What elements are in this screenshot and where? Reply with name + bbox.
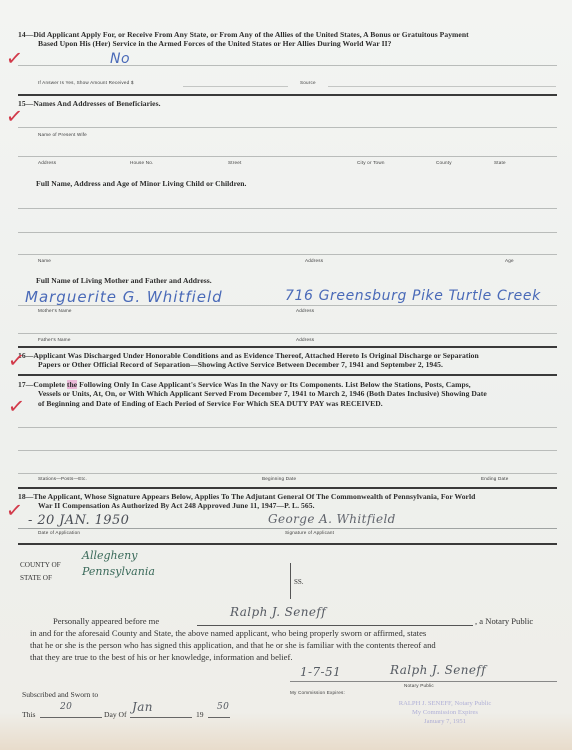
check-mark-icon: ✓ [7, 349, 26, 371]
mother-address-value: 716 Greensburg Pike Turtle Creek [285, 288, 541, 304]
section-divider [18, 346, 557, 348]
child-name-label: Name [38, 258, 51, 263]
question-14: 14—Did Applicant Apply For, or Receive F… [18, 30, 558, 49]
check-mark-icon: ✓ [7, 395, 26, 417]
notary-name-value: Ralph J. Seneff [230, 605, 326, 619]
year-value: 50 [217, 702, 229, 712]
stamp-line-2: My Commission Expires [370, 708, 520, 717]
application-date-value: - 20 JAN. 1950 [28, 513, 129, 528]
wife-line [18, 127, 557, 128]
day-of-label: Day Of [104, 709, 127, 720]
stamp-line-1: RALPH J. SENEFF, Notary Public [370, 699, 520, 708]
father-label: Father's Name [38, 337, 71, 342]
state-value: Pennsylvania [82, 565, 155, 578]
child-address-label: Address [305, 258, 323, 263]
q14-source-label: Source [300, 80, 316, 85]
this-label: This [22, 709, 36, 720]
address-label: Address [38, 160, 56, 165]
source-line [328, 86, 556, 87]
date-signature-line [18, 528, 557, 529]
mother-name-value: Marguerite G. Whitfield [25, 288, 223, 306]
question-18: 18—The Applicant, Whose Signature Appear… [18, 492, 558, 511]
beginning-date-label: Beginning Date [262, 476, 296, 481]
amount-line [183, 86, 288, 87]
check-mark-icon: ✓ [5, 105, 24, 127]
month-value: Jan [132, 700, 153, 714]
wife-label: Name of Present Wife [38, 132, 87, 137]
child-age-label: Age [505, 258, 514, 263]
q16-line1: 16—Applicant Was Discharged Under Honora… [18, 351, 479, 360]
county-value: Allegheny [82, 549, 137, 562]
county-label: County [436, 160, 452, 165]
q18-line1: 18—The Applicant, Whose Signature Appear… [18, 492, 475, 501]
oath-line-2: in and for the aforesaid County and Stat… [30, 628, 560, 639]
appeared-post: , a Notary Public [475, 616, 533, 627]
subscribed-label: Subscribed and Sworn to [22, 689, 98, 700]
q14-answer-line [18, 65, 557, 66]
child-line-3 [18, 254, 557, 255]
q17-line3: of Beginning and Date of Ending of Each … [18, 399, 558, 408]
father-address-label: Address [296, 337, 314, 342]
ss-bracket [290, 563, 291, 599]
state-label-notary: STATE OF [20, 573, 52, 584]
question-15: 15—Names And Addresses of Beneficiaries. [18, 99, 161, 108]
commission-label: My Commission Expires: [290, 690, 345, 695]
station-line-3 [18, 473, 557, 474]
signature-label: Signature of Applicant [285, 530, 334, 535]
section-divider [18, 543, 557, 545]
highlighted-text: the [67, 380, 77, 389]
date-label: Date of Application [38, 530, 80, 535]
document-page: 14—Did Applicant Apply For, or Receive F… [0, 0, 572, 750]
notary-stamp: RALPH J. SENEFF, Notary Public My Commis… [370, 699, 520, 726]
child-line-2 [18, 232, 557, 233]
q17-line2: Vessels or Units, At, On, or With Which … [18, 389, 558, 398]
mother-label: Mother's Name [38, 308, 72, 313]
oath-line-3: that he or she is the person who has sig… [30, 640, 560, 651]
notary-signature-line [290, 681, 557, 682]
check-mark-icon: ✓ [5, 499, 24, 521]
mother-line [18, 305, 557, 306]
father-line [18, 333, 557, 334]
question-16: 16—Applicant Was Discharged Under Honora… [18, 351, 558, 370]
q14-line1: 14—Did Applicant Apply For, or Receive F… [18, 30, 469, 39]
q14-line2: Based Upon His (Her) Service in the Arme… [18, 39, 558, 48]
ending-date-label: Ending Date [481, 476, 508, 481]
county-label: COUNTY OF [20, 560, 61, 571]
parents-heading: Full Name of Living Mother and Father an… [36, 276, 212, 285]
q17-line1: 17—Complete the Following Only In Case A… [18, 380, 471, 389]
applicant-signature: George A. Whitfield [268, 512, 396, 526]
station-line-2 [18, 450, 557, 451]
q14-amount-label: If Answer Is Yes, Show Amount Received $ [38, 80, 134, 85]
stations-label: Stations—Posts—Etc. [38, 476, 87, 481]
year-prefix: 19 [196, 709, 204, 720]
notary-signature: Ralph J. Seneff [390, 663, 486, 677]
month-line [130, 717, 192, 718]
children-heading: Full Name, Address and Age of Minor Livi… [36, 179, 247, 188]
mother-address-label: Address [296, 308, 314, 313]
child-line-1 [18, 208, 557, 209]
day-line [40, 717, 102, 718]
street-label: Street [228, 160, 241, 165]
state-label: State [494, 160, 506, 165]
section-divider [18, 94, 557, 96]
commission-date-value: 1-7-51 [300, 665, 341, 679]
year-line [208, 717, 230, 718]
section-divider [18, 374, 557, 376]
section-divider [18, 487, 557, 489]
house-no-label: House No. [130, 160, 154, 165]
city-label: City or Town [357, 160, 385, 165]
ss-label: SS. [294, 577, 304, 588]
q18-line2: War II Compensation As Authorized By Act… [18, 501, 558, 510]
question-17: 17—Complete the Following Only In Case A… [18, 380, 558, 408]
stamp-line-3: January 7, 1951 [370, 717, 520, 726]
notary-public-label: Notary Public [404, 683, 434, 688]
oath-line-4: that they are true to the best of his or… [30, 652, 560, 663]
q16-line2: Papers or Other Official Record of Separ… [18, 360, 558, 369]
appeared-pre: Personally appeared before me [53, 616, 159, 627]
wife-address-line [18, 156, 557, 157]
notary-name-line [197, 625, 473, 626]
station-line-1 [18, 427, 557, 428]
day-value: 20 [60, 702, 72, 712]
